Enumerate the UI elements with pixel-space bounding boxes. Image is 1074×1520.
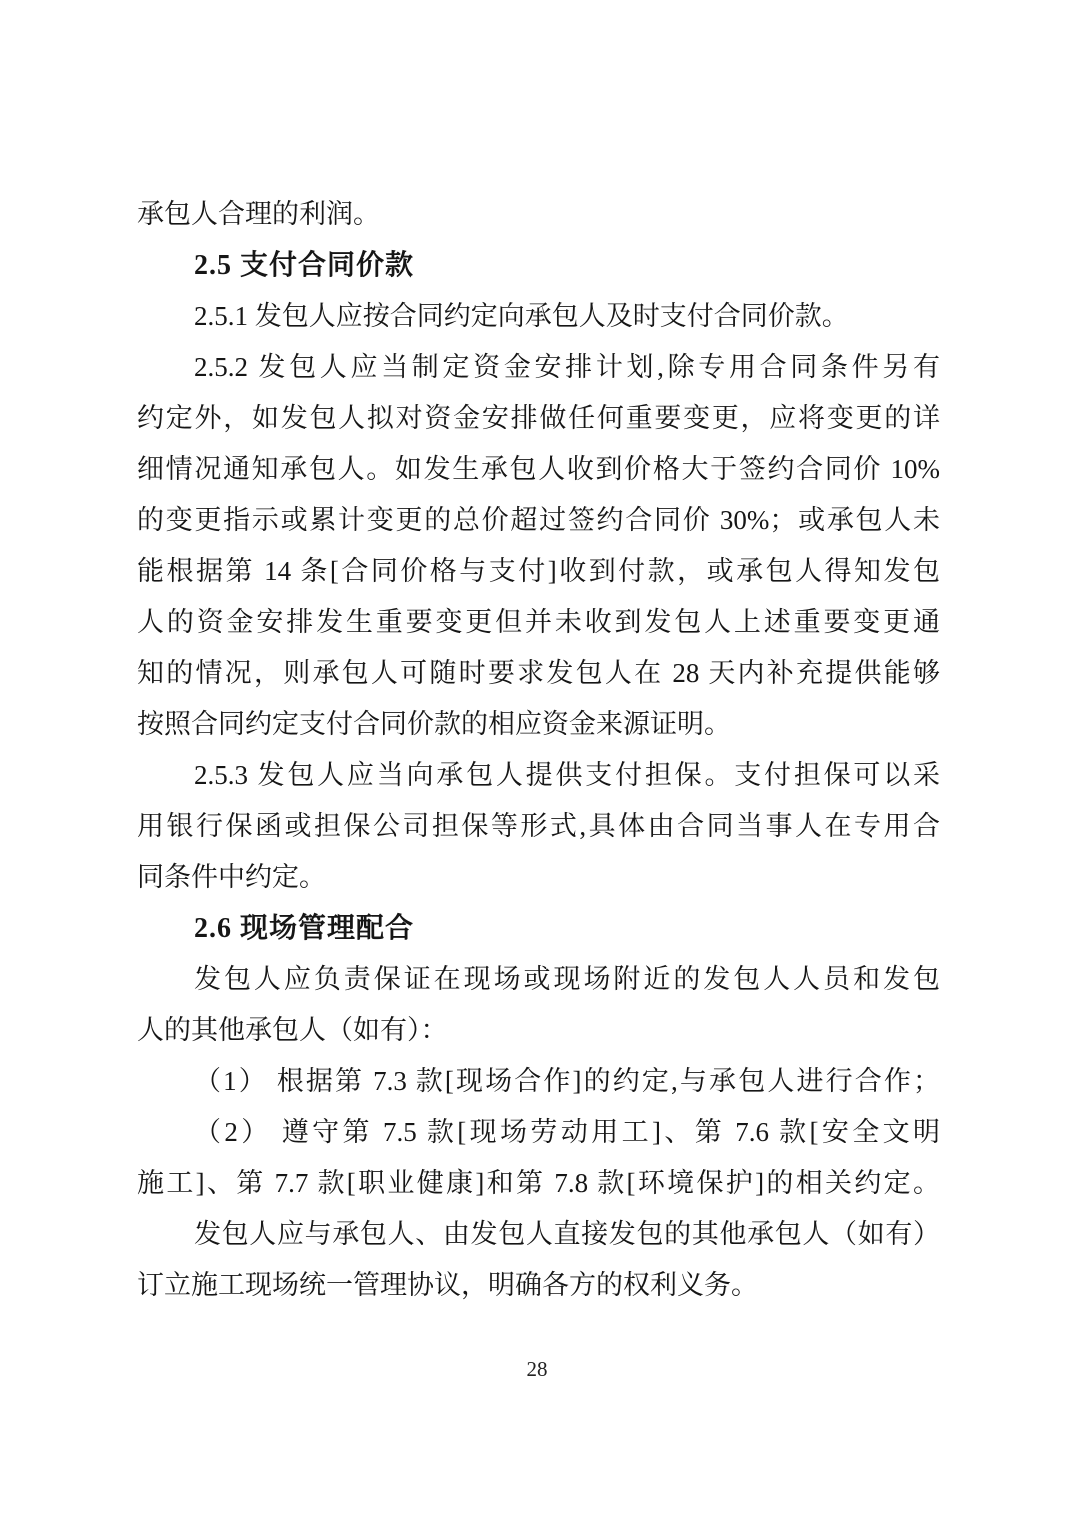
clause-2-6-closing-line: 发包人应与承包人、由发包人直接发包的其他承包人（如有） [137, 1209, 940, 1260]
clause-2-5-2-line: 细情况通知承包人。如发生承包人收到价格大于签约合同价 10% [137, 444, 940, 495]
clause-2-5-2-line: 的变更指示或累计变更的总价超过签约合同价 30%；或承包人未 [137, 495, 940, 546]
heading-2-6: 2.6 现场管理配合 [137, 903, 940, 954]
clause-2-5-3-line: 2.5.3 发包人应当向承包人提供支付担保。支付担保可以采 [137, 750, 940, 801]
body-line: 承包人合理的利润。 [137, 189, 940, 240]
clause-2-6-item-1: （1） 根据第 7.3 款[现场合作]的约定,与承包人进行合作； [137, 1056, 940, 1107]
clause-2-5-3-line: 同条件中约定。 [137, 852, 940, 903]
clause-2-5-2-line: 知的情况，则承包人可随时要求发包人在 28 天内补充提供能够 [137, 648, 940, 699]
clause-2-6-item-2-line: （2） 遵守第 7.5 款[现场劳动用工]、第 7.6 款[安全文明 [137, 1107, 940, 1158]
document-page: 承包人合理的利润。 2.5 支付合同价款 2.5.1 发包人应按合同约定向承包人… [0, 0, 1074, 1520]
page-number: 28 [0, 1357, 1074, 1382]
clause-2-6-closing-line: 订立施工现场统一管理协议，明确各方的权利义务。 [137, 1260, 940, 1311]
clause-2-5-2-line: 约定外，如发包人拟对资金安排做任何重要变更，应将变更的详 [137, 393, 940, 444]
clause-2-5-3-line: 用银行保函或担保公司担保等形式,具体由合同当事人在专用合 [137, 801, 940, 852]
clause-2-5-2-line: 能根据第 14 条[合同价格与支付]收到付款，或承包人得知发包 [137, 546, 940, 597]
clause-2-5-2-line: 人的资金安排发生重要变更但并未收到发包人上述重要变更通 [137, 597, 940, 648]
clause-2-5-1-line: 2.5.1 发包人应按合同约定向承包人及时支付合同价款。 [137, 291, 940, 342]
clause-2-6-intro-line: 人的其他承包人（如有）： [137, 1005, 940, 1056]
clause-2-5-2-line: 2.5.2 发包人应当制定资金安排计划,除专用合同条件另有 [137, 342, 940, 393]
clause-2-6-intro-line: 发包人应负责保证在现场或现场附近的发包人人员和发包 [137, 954, 940, 1005]
clause-2-5-2-line: 按照合同约定支付合同价款的相应资金来源证明。 [137, 699, 940, 750]
heading-2-5: 2.5 支付合同价款 [137, 240, 940, 291]
clause-2-6-item-2-line: 施工]、第 7.7 款[职业健康]和第 7.8 款[环境保护]的相关约定。 [137, 1158, 940, 1209]
document-body: 承包人合理的利润。 2.5 支付合同价款 2.5.1 发包人应按合同约定向承包人… [137, 189, 940, 1311]
